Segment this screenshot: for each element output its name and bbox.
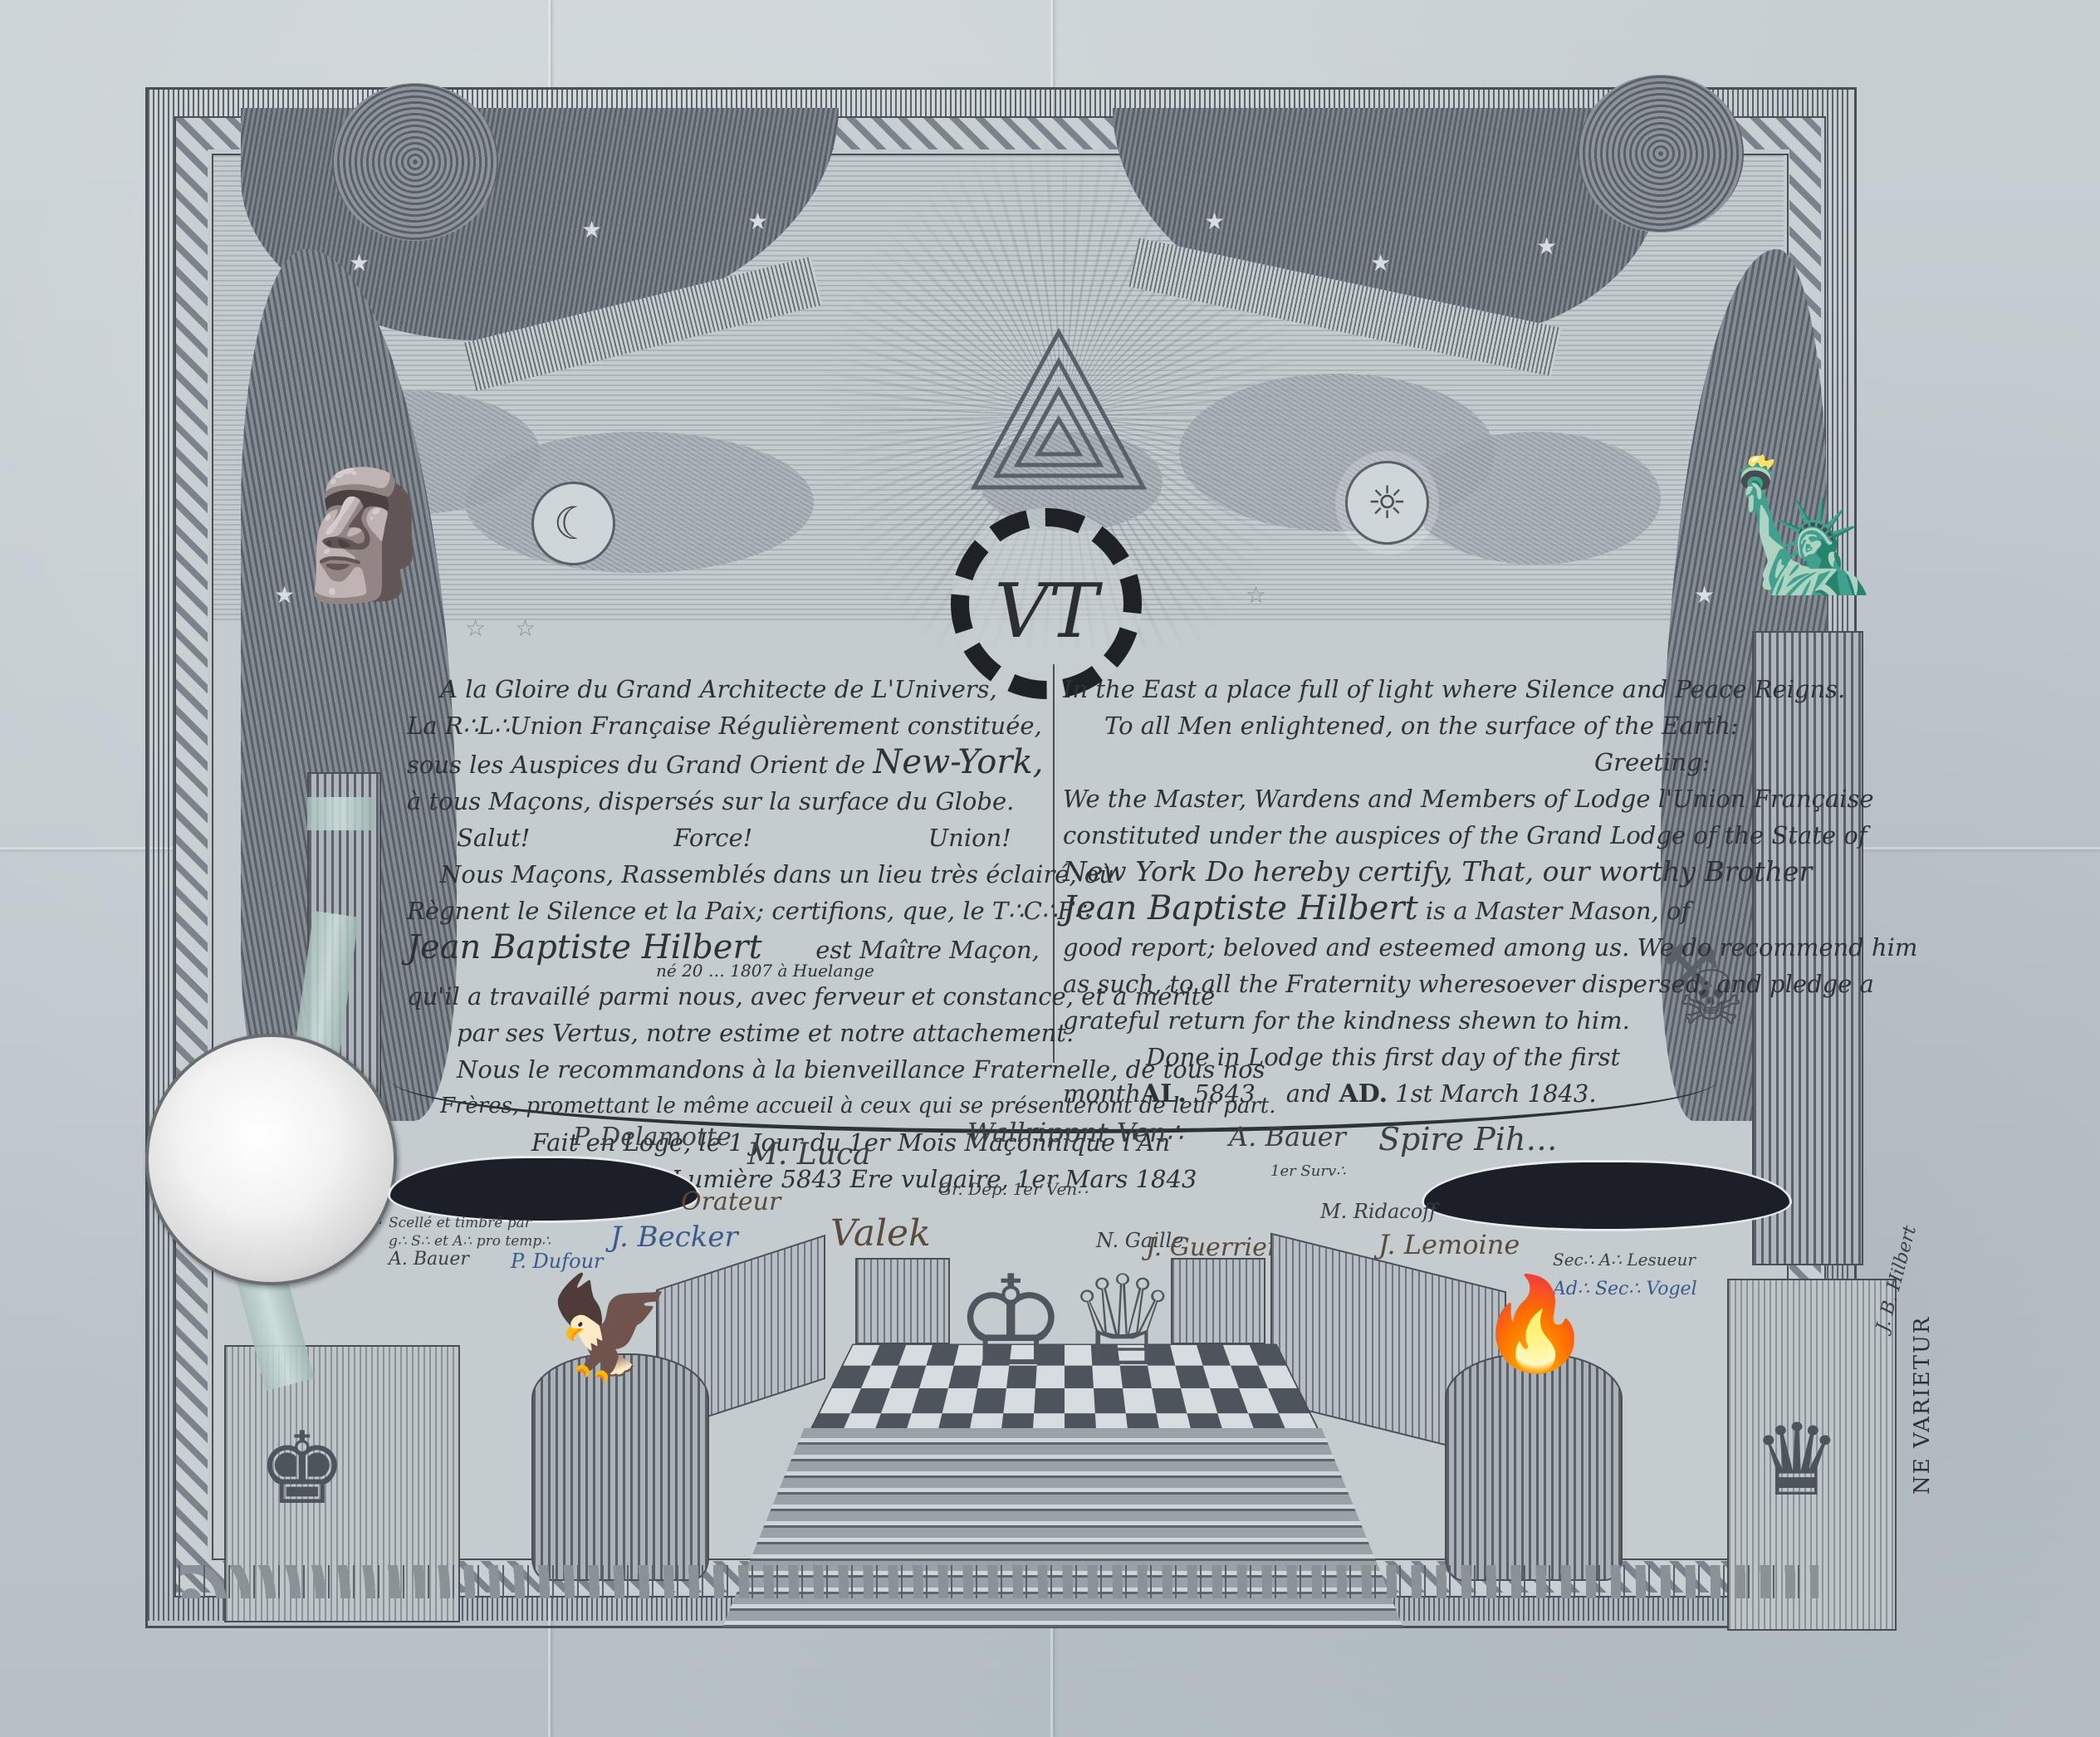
drapery-knot-icon	[1578, 75, 1744, 232]
altar-left	[531, 1353, 709, 1581]
signature-title: Gr. Dép. 1er Ven∴	[938, 1179, 1088, 1199]
motto-text: NE VARIETUR	[1910, 1316, 1935, 1495]
signature: Wallrippnt Ven∴	[967, 1117, 1183, 1148]
torn-hole	[390, 1158, 698, 1221]
signature: Sec∴ A∴ Lesueur	[1553, 1250, 1696, 1270]
english-line: In the East a place full of light where …	[1063, 671, 1917, 707]
statue-figure-icon: 🗽	[1727, 465, 1882, 590]
signature: J. Lemoine	[1378, 1229, 1520, 1260]
star-icon: ★	[1370, 249, 1391, 276]
star-icon: ★	[581, 216, 602, 243]
signature: A. Bauer	[1229, 1121, 1346, 1152]
seal-note: Scellé et timbré par g∴ S∴ et A∴ pro tem…	[389, 1214, 551, 1269]
english-line: as such, to all the Fraternity wheresoev…	[1063, 966, 1917, 1002]
eagle-icon: 🦅	[548, 1270, 672, 1387]
signature-title: 1er Surv∴	[1270, 1162, 1346, 1180]
flame-icon: 🔥	[1478, 1270, 1592, 1377]
english-greeting: Greeting:	[1063, 744, 1917, 780]
wall-panel	[1171, 1258, 1265, 1344]
signature: Spire Pih…	[1378, 1121, 1557, 1157]
torn-hole	[1424, 1162, 1789, 1229]
star-icon: ☆	[515, 614, 536, 642]
signature: M. Ridacoff	[1320, 1200, 1437, 1223]
altar-right	[1445, 1353, 1623, 1581]
cloud	[1412, 432, 1661, 565]
figures-icon: ♔♕	[955, 1250, 1178, 1394]
signature: M. Luca	[747, 1138, 870, 1172]
english-line: constituted under the auspices of the Gr…	[1063, 817, 1917, 854]
signature: Valek	[830, 1212, 931, 1255]
star-icon: ☆	[1246, 581, 1266, 609]
english-line: good report; beloved and esteemed among …	[1063, 929, 1917, 966]
star-icon: ★	[1536, 232, 1557, 260]
pedestal-relief-icon: ♚	[257, 1412, 347, 1527]
metal-seal	[145, 1034, 397, 1285]
member-name: Jean Baptiste Hilbert	[1063, 889, 1418, 927]
cloud	[465, 432, 814, 573]
signature: J. Becker	[610, 1221, 738, 1254]
english-line: To all Men enlightened, on the surface o…	[1063, 707, 1917, 744]
statue-hercules-icon: 🗿	[286, 473, 442, 598]
stamp-monogram: VT	[969, 568, 1123, 655]
star-icon: ★	[349, 249, 370, 276]
moon-face-icon: ☾	[531, 482, 615, 565]
seal-ribbon	[307, 797, 374, 830]
wall-panel-skull	[855, 1258, 950, 1344]
sun-face-icon: ☼	[1345, 461, 1429, 545]
star-icon: ★	[747, 208, 768, 235]
star-icon: ☆	[465, 614, 486, 642]
bottom-ornament-band	[179, 1565, 1819, 1598]
english-line: Done in Lodge this first day of the firs…	[1063, 1039, 1917, 1075]
english-text-block: In the East a place full of light where …	[1063, 671, 1917, 1113]
english-line: grateful return for the kindness shewn t…	[1063, 1002, 1917, 1039]
signature: Orateur	[681, 1187, 781, 1216]
drapery-knot-icon	[332, 83, 498, 241]
english-line: We the Master, Wardens and Members of Lo…	[1063, 780, 1917, 817]
english-name-line: Jean Baptiste Hilbert is a Master Mason,…	[1063, 890, 1917, 929]
star-icon: ★	[1694, 581, 1715, 609]
pedestal-relief-icon: ♛	[1752, 1403, 1842, 1519]
english-line: New York Do hereby certify, That, our wo…	[1063, 854, 1917, 890]
signature: P. Delamotte	[573, 1123, 732, 1152]
star-icon: ★	[1204, 208, 1225, 235]
delta-triangle-icon	[967, 328, 1150, 494]
